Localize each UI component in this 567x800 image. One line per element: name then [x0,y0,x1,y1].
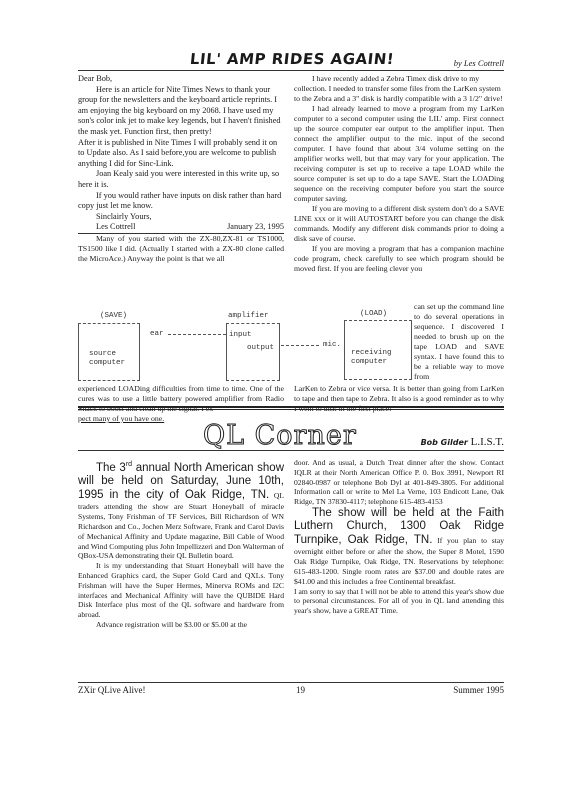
signature: Les Cottrell [96,222,135,233]
body-paragraph: Advance registration will be $3.00 or $5… [78,620,284,630]
body-paragraph: Many of you started with the ZX-80,ZX-81… [78,234,284,264]
body-paragraph: I have recently added a Zebra Timex disk… [294,74,504,104]
page-footer: ZXir QLive Alive! 19 Summer 1995 [78,682,504,685]
letter-paragraph: Here is an article for Nite Times News t… [78,85,284,138]
body-paragraph: I am sorry to say that I will not be abl… [294,587,504,616]
amplifier-box: input output [226,323,280,381]
source-label: source computer [89,350,139,368]
amplifier-label: amplifier [228,312,269,321]
ql-corner-header: QL Corner Bob Gilder L.I.S.T. [78,420,504,451]
save-label: (SAVE) [100,312,127,321]
body-paragraph: If you are moving a program that has a c… [294,244,504,274]
wrap-text: can set up the command line to do severa… [414,302,504,382]
left-column-bottom: experienced LOADing difficulties from ti… [78,384,284,424]
section-divider [78,406,504,410]
receiving-computer-box: receiving computer [344,320,412,380]
input-label: input [229,331,252,340]
publication-name: ZXir QLive Alive! [78,685,145,695]
body-paragraph: If you are moving to a different disk sy… [294,204,504,244]
ql-right-column: door. And as usual, a Dutch Treat dinner… [294,458,504,616]
letter-column: Dear Bob, Here is an article for Nite Ti… [78,74,284,264]
source-computer-box: source computer [78,323,140,381]
output-label: output [247,344,274,353]
author-name: Bob Gilder [421,438,468,447]
letter-paragraph: Joan Kealy said you were interested in t… [78,169,284,190]
article-title: LIL' AMP RIDES AGAIN! [189,50,395,68]
receiving-label: receiving computer [351,349,405,367]
ear-label: ear [150,330,164,339]
letter-date: January 23, 1995 [227,222,284,233]
body-paragraph: It is my understanding that Stuart Honey… [78,561,284,620]
venue-paragraph: The show will be held at the Faith Luthe… [294,507,504,587]
issue-label: Summer 1995 [453,685,504,695]
closing: Sinclairly Yours, [78,212,284,223]
lead-rest: QL traders attending the show are Stuart… [78,491,284,560]
body-paragraph: door. And as usual, a Dutch Treat dinner… [294,458,504,507]
right-column: I have recently added a Zebra Timex disk… [294,74,504,274]
ear-cable [168,334,226,335]
ql-corner-title: QL Corner [203,420,357,451]
article-header: LIL' AMP RIDES AGAIN! by Les Cottrell [78,48,504,71]
salutation: Dear Bob, [78,74,284,85]
body-paragraph: I had already learned to move a program … [294,104,504,204]
mic-label: mic. [323,341,341,350]
lead-text: The 3rd annual North American show will … [78,462,284,501]
lead-pre: The 3 [96,462,126,474]
ql-left-column: The 3rd annual North American show will … [78,458,284,630]
author-org: L.I.S.T. [471,436,504,448]
load-label: (LOAD) [360,310,387,319]
ql-byline: Bob Gilder L.I.S.T. [421,436,504,448]
signature-line: Les Cottrell January 23, 1995 [78,222,284,234]
mic-cable [281,345,319,346]
page-number: 19 [296,685,305,695]
article-byline: by Les Cottrell [454,58,504,68]
letter-paragraph: If you would rather have inputs on disk … [78,191,284,212]
ql-lead-paragraph: The 3rd annual North American show will … [78,458,284,561]
letter-paragraph: After it is published in Nite Times I wi… [78,138,284,170]
